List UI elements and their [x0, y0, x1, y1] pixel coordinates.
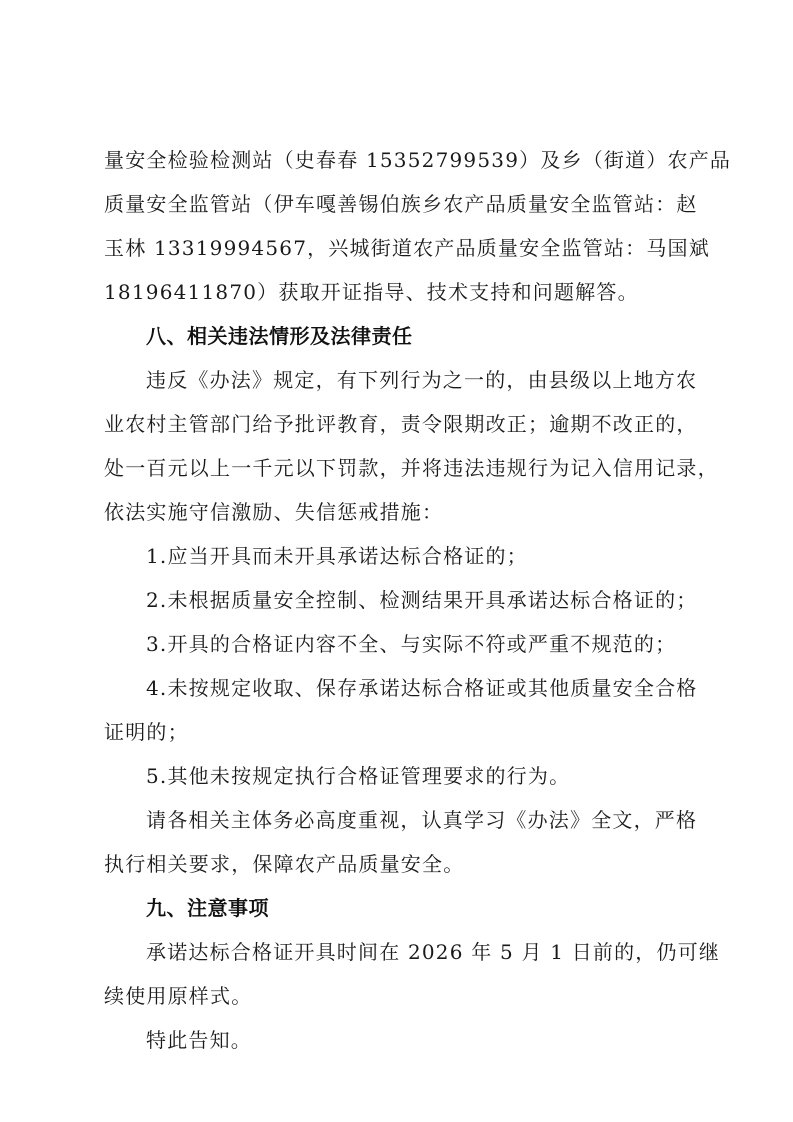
heading-text: 九、注意事项 [104, 886, 694, 930]
text-line: 量安全检验检测站（史春春 15352799539）及乡（街道）农产品 [104, 138, 694, 182]
section-heading-legal-liability: 八、相关违法情形及法律责任 [104, 314, 694, 358]
text-line: 质量安全监管站（伊车嘎善锡伯族乡农产品质量安全监管站：赵 [104, 182, 694, 226]
text-line: 续使用原样式。 [104, 974, 694, 1018]
text-line: 执行相关要求，保障农产品质量安全。 [104, 842, 694, 886]
document-page: 量安全检验检测站（史春春 15352799539）及乡（街道）农产品 质量安全监… [104, 138, 694, 1062]
text-line: 承诺达标合格证开具时间在 2026 年 5 月 1 日前的，仍可继 [104, 930, 694, 974]
text-line: 违反《办法》规定，有下列行为之一的，由县级以上地方农 [104, 358, 694, 402]
list-item-text: 3.开具的合格证内容不全、与实际不符或严重不规范的； [104, 622, 694, 666]
text-line: 依法实施守信激励、失信惩戒措施： [104, 490, 694, 534]
paragraph-violations-intro: 违反《办法》规定，有下列行为之一的，由县级以上地方农 业农村主管部门给予批评教育… [104, 358, 694, 534]
text-line: 请各相关主体务必高度重视，认真学习《办法》全文，严格 [104, 798, 694, 842]
paragraph-closing: 特此告知。 [104, 1018, 694, 1062]
list-item-5: 5.其他未按规定执行合格证管理要求的行为。 [104, 754, 694, 798]
paragraph-transition-note: 承诺达标合格证开具时间在 2026 年 5 月 1 日前的，仍可继 续使用原样式… [104, 930, 694, 1018]
list-item-3: 3.开具的合格证内容不全、与实际不符或严重不规范的； [104, 622, 694, 666]
text-line: 处一百元以上一千元以下罚款，并将违法违规行为记入信用记录， [104, 446, 694, 490]
list-item-text: 1.应当开具而未开具承诺达标合格证的； [104, 534, 694, 578]
heading-text: 八、相关违法情形及法律责任 [104, 314, 694, 358]
list-item-text: 证明的； [104, 710, 694, 754]
section-heading-notes: 九、注意事项 [104, 886, 694, 930]
list-item-4: 4.未按规定收取、保存承诺达标合格证或其他质量安全合格 证明的； [104, 666, 694, 754]
paragraph-compliance-request: 请各相关主体务必高度重视，认真学习《办法》全文，严格 执行相关要求，保障农产品质… [104, 798, 694, 886]
list-item-text: 2.未根据质量安全控制、检测结果开具承诺达标合格证的； [104, 578, 694, 622]
paragraph-contact-info: 量安全检验检测站（史春春 15352799539）及乡（街道）农产品 质量安全监… [104, 138, 694, 314]
text-line: 玉林 13319994567，兴城街道农产品质量安全监管站：马国斌 [104, 226, 694, 270]
text-line: 18196411870）获取开证指导、技术支持和问题解答。 [104, 270, 694, 314]
list-item-2: 2.未根据质量安全控制、检测结果开具承诺达标合格证的； [104, 578, 694, 622]
list-item-text: 5.其他未按规定执行合格证管理要求的行为。 [104, 754, 694, 798]
list-item-1: 1.应当开具而未开具承诺达标合格证的； [104, 534, 694, 578]
text-line: 业农村主管部门给予批评教育，责令限期改正；逾期不改正的， [104, 402, 694, 446]
closing-text: 特此告知。 [104, 1018, 694, 1062]
list-item-text: 4.未按规定收取、保存承诺达标合格证或其他质量安全合格 [104, 666, 694, 710]
